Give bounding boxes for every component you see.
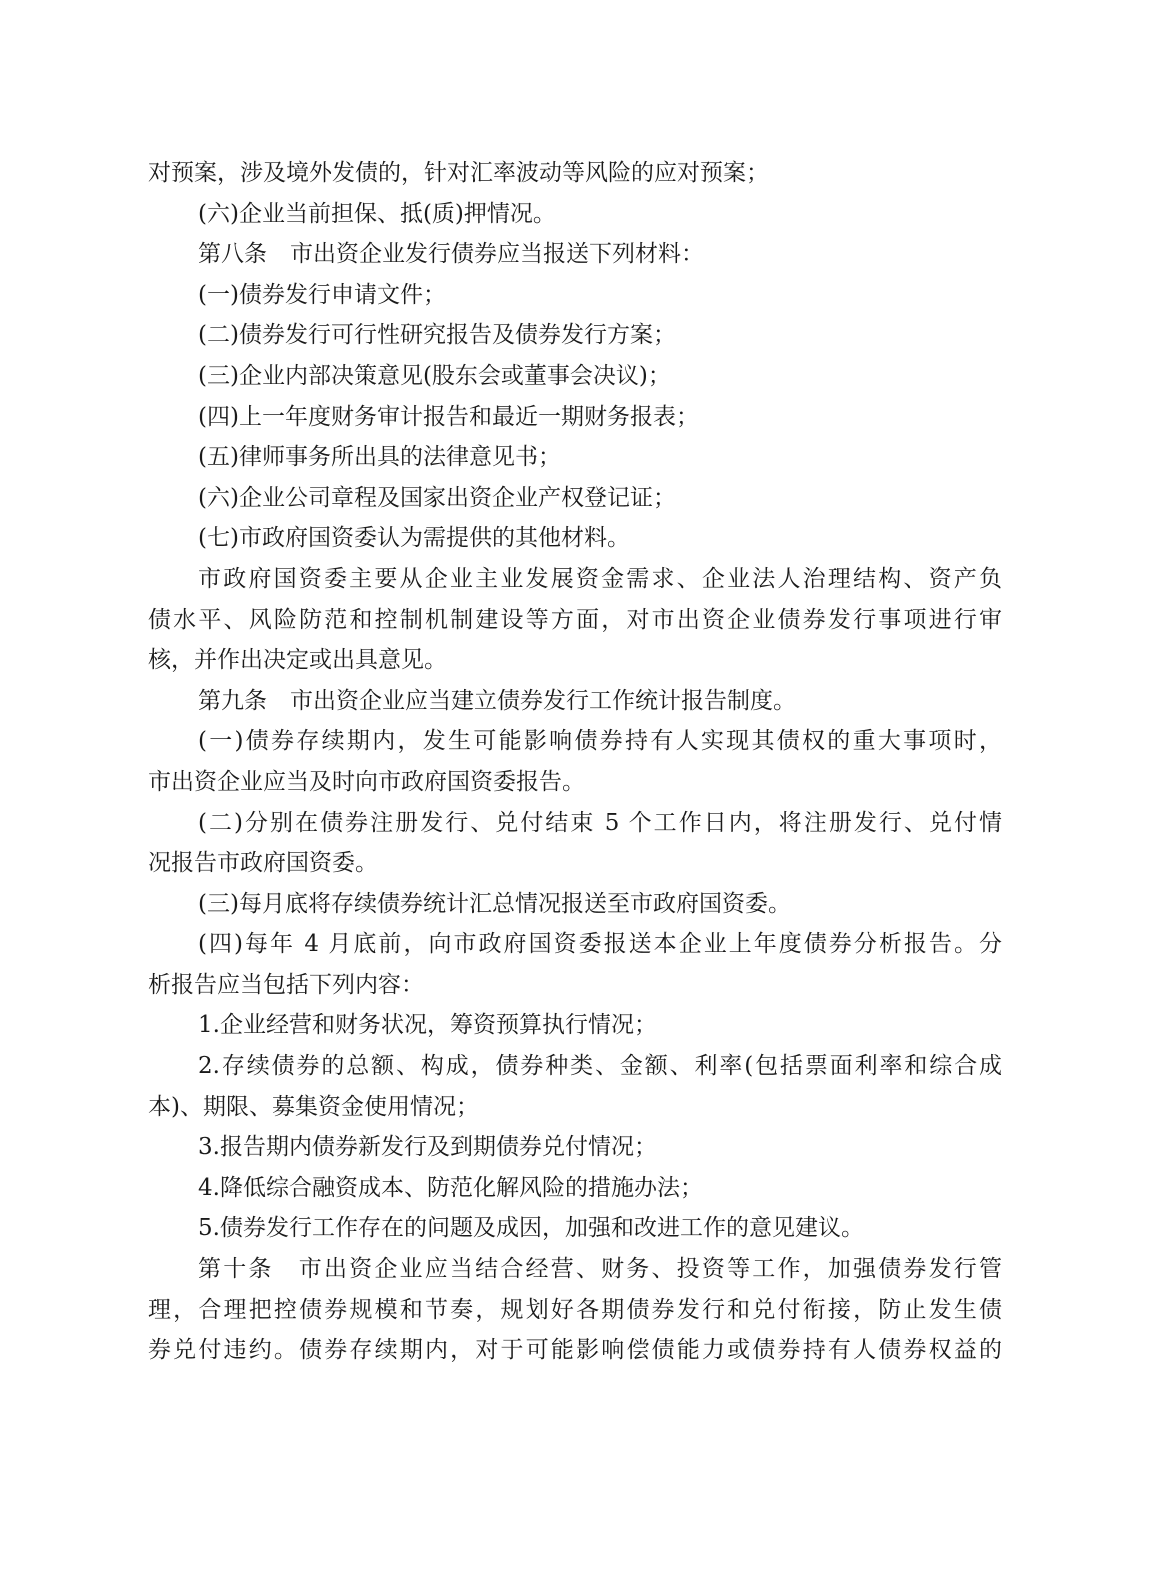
- list-item: (六)企业公司章程及国家出资企业产权登记证；: [148, 478, 1002, 519]
- numbered-item-continuation: 本)、期限、募集资金使用情况；: [148, 1087, 1002, 1128]
- numbered-item: 1.企业经营和财务状况，筹资预算执行情况；: [148, 1005, 1002, 1046]
- document-page: 对预案，涉及境外发债的，针对汇率波动等风险的应对预案； (六)企业当前担保、抵(…: [148, 153, 1002, 1371]
- text-line: (六)企业当前担保、抵(质)押情况。: [148, 194, 1002, 235]
- list-item: (四)上一年度财务审计报告和最近一期财务报表；: [148, 397, 1002, 438]
- list-item-continuation: 况报告市政府国资委。: [148, 843, 1002, 884]
- list-item: (二)分别在债券注册发行、兑付结束 5 个工作日内，将注册发行、兑付情: [148, 803, 1002, 844]
- article-heading-8: 第八条 市出资企业发行债券应当报送下列材料：: [148, 234, 1002, 275]
- numbered-item: 2.存续债券的总额、构成，债券种类、金额、利率(包括票面利率和综合成: [148, 1046, 1002, 1087]
- list-item: (四)每年 4 月底前，向市政府国资委报送本企业上年度债券分析报告。分: [148, 924, 1002, 965]
- list-item-continuation: 析报告应当包括下列内容：: [148, 965, 1002, 1006]
- article-heading-10: 第十条 市出资企业应当结合经营、财务、投资等工作，加强债券发行管: [148, 1249, 1002, 1290]
- list-item: (三)企业内部决策意见(股东会或董事会决议)；: [148, 356, 1002, 397]
- numbered-item: 3.报告期内债券新发行及到期债券兑付情况；: [148, 1127, 1002, 1168]
- list-item: (一)债券发行申请文件；: [148, 275, 1002, 316]
- list-item: (五)律师事务所出具的法律意见书；: [148, 437, 1002, 478]
- list-item: (七)市政府国资委认为需提供的其他材料。: [148, 518, 1002, 559]
- paragraph-line: 债水平、风险防范和控制机制建设等方面，对市出资企业债券发行事项进行审: [148, 600, 1002, 641]
- paragraph-line: 核，并作出决定或出具意见。: [148, 640, 1002, 681]
- list-item: (一)债券存续期内，发生可能影响债券持有人实现其债权的重大事项时，: [148, 721, 1002, 762]
- article-heading-9: 第九条 市出资企业应当建立债券发行工作统计报告制度。: [148, 681, 1002, 722]
- list-item: (二)债券发行可行性研究报告及债券发行方案；: [148, 315, 1002, 356]
- list-item: (三)每月底将存续债券统计汇总情况报送至市政府国资委。: [148, 884, 1002, 925]
- list-item-continuation: 市出资企业应当及时向市政府国资委报告。: [148, 762, 1002, 803]
- numbered-item: 5.债券发行工作存在的问题及成因，加强和改进工作的意见建议。: [148, 1208, 1002, 1249]
- text-line: 对预案，涉及境外发债的，针对汇率波动等风险的应对预案；: [148, 153, 1002, 194]
- paragraph-line: 券兑付违约。债券存续期内，对于可能影响偿债能力或债券持有人债券权益的: [148, 1330, 1002, 1371]
- numbered-item: 4.降低综合融资成本、防范化解风险的措施办法；: [148, 1168, 1002, 1209]
- paragraph-line: 理，合理把控债券规模和节奏，规划好各期债券发行和兑付衔接，防止发生债: [148, 1290, 1002, 1331]
- paragraph-line: 市政府国资委主要从企业主业发展资金需求、企业法人治理结构、资产负: [148, 559, 1002, 600]
